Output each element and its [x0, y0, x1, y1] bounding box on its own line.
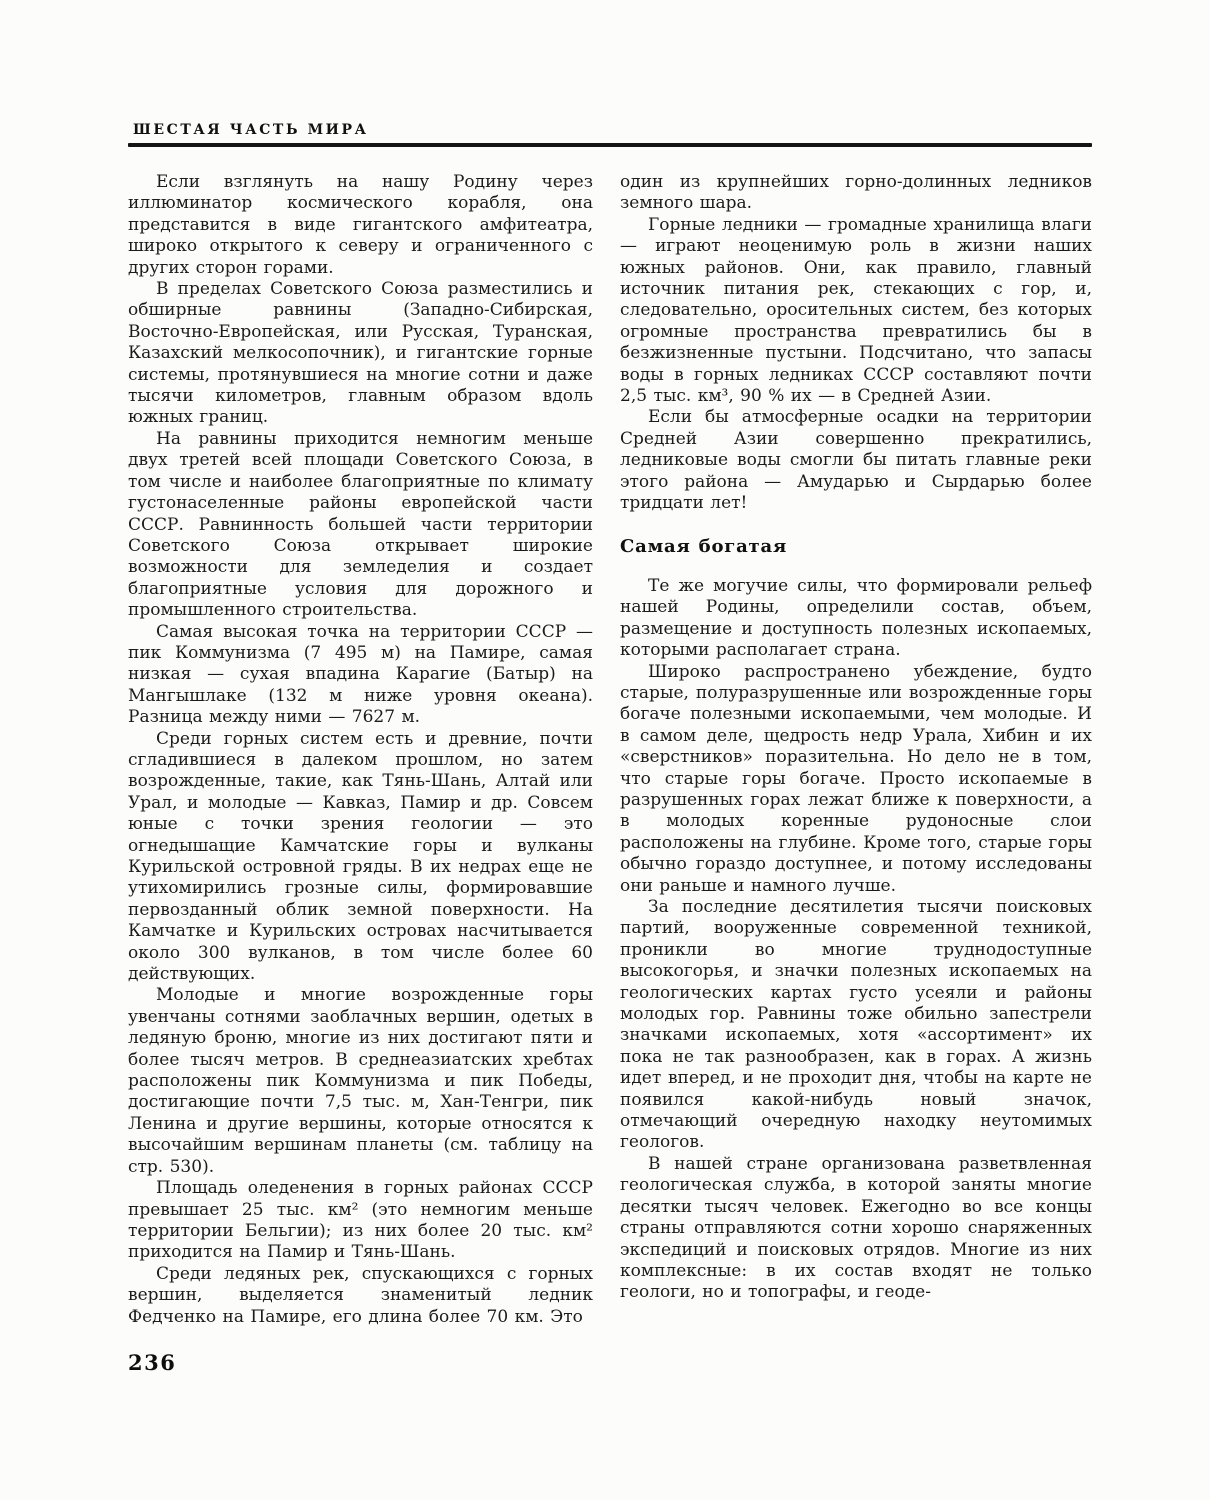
paragraph: Если бы атмосферные осадки на территории…: [620, 407, 1092, 514]
paragraph: В пределах Советского Союза разместились…: [128, 279, 593, 429]
paragraph: За последние десятилетия тысячи поисковы…: [620, 897, 1092, 1154]
running-head: ШЕСТАЯ ЧАСТЬ МИРА: [133, 122, 369, 138]
paragraph: В нашей стране организована разветвленна…: [620, 1154, 1092, 1304]
paragraph: Среди ледяных рек, спускающихся с горных…: [128, 1264, 593, 1328]
book-page: ШЕСТАЯ ЧАСТЬ МИРА Если взглянуть на нашу…: [0, 0, 1210, 1500]
paragraph: Среди горных систем есть и древние, почт…: [128, 729, 593, 986]
left-column: Если взглянуть на нашу Родину через иллю…: [128, 172, 593, 1328]
paragraph: На равнины приходится немногим меньше дв…: [128, 429, 593, 622]
section-heading: Самая богатая: [620, 536, 1092, 557]
right-column: один из крупнейших горно-долинных ледник…: [620, 172, 1092, 1304]
paragraph: Широко распространено убеждение, будто с…: [620, 662, 1092, 897]
paragraph: Молодые и многие возрожденные горы увенч…: [128, 985, 593, 1178]
header-rule: [128, 143, 1092, 147]
paragraph: Самая высокая точка на территории СССР —…: [128, 622, 593, 729]
paragraph: Те же могучие силы, что формировали рель…: [620, 576, 1092, 662]
paragraph: Если взглянуть на нашу Родину через иллю…: [128, 172, 593, 279]
page-number: 236: [128, 1350, 176, 1375]
continuation-paragraph: один из крупнейших горно-долинных ледник…: [620, 172, 1092, 215]
paragraph: Горные ледники — громадные хранилища вла…: [620, 215, 1092, 408]
paragraph: Площадь оледенения в горных районах СССР…: [128, 1178, 593, 1264]
